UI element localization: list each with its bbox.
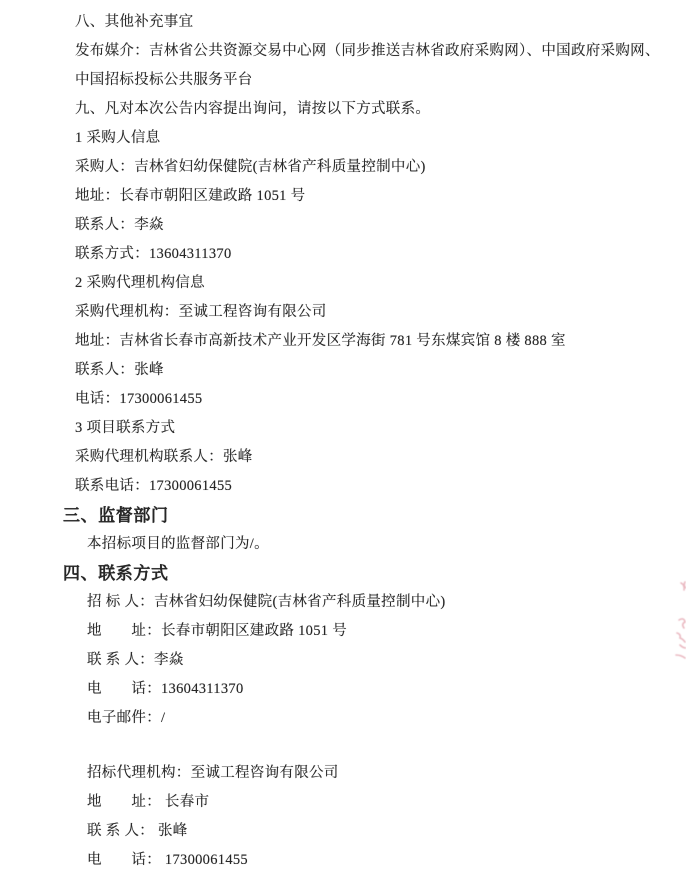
purchaser-info-heading: 1 采购人信息 [0, 124, 686, 153]
agency-phone: 电话：17300061455 [0, 385, 686, 414]
agency-name: 采购代理机构：至诚工程咨询有限公司 [0, 298, 686, 327]
blank-line [0, 733, 686, 759]
purchaser-contact: 联系人：李焱 [0, 211, 686, 240]
tenderer-phone: 电 话：13604311370 [0, 675, 686, 704]
section-9-heading: 九、凡对本次公告内容提出询问，请按以下方式联系。 [0, 95, 686, 124]
purchaser-name: 采购人：吉林省妇幼保健院(吉林省产科质量控制中心) [0, 153, 686, 182]
tenderer-name: 招 标 人：吉林省妇幼保健院(吉林省产科质量控制中心) [0, 588, 686, 617]
agency-contact: 联系人：张峰 [0, 356, 686, 385]
publish-media-line-1: 发布媒介：吉林省公共资源交易中心网（同步推送吉林省政府采购网）、中国政府采购网、 [0, 37, 686, 66]
section-4-heading: 四、联系方式 [0, 559, 686, 588]
section-8-heading: 八、其他补充事宜 [0, 8, 686, 37]
document-page: 八、其他补充事宜发布媒介：吉林省公共资源交易中心网（同步推送吉林省政府采购网）、… [0, 0, 686, 894]
section-3-heading: 三、监督部门 [0, 501, 686, 530]
agency-info-heading: 2 采购代理机构信息 [0, 269, 686, 298]
project-phone: 联系电话：17300061455 [0, 472, 686, 501]
tenderer-email: 电子邮件：/ [0, 704, 686, 733]
tender-agency-phone: 电 话： 17300061455 [0, 846, 686, 875]
tender-agency-name: 招标代理机构：至诚工程咨询有限公司 [0, 759, 686, 788]
publish-media-line-2: 中国招标投标公共服务平台 [0, 66, 686, 95]
tenderer-contact: 联 系 人：李焱 [0, 646, 686, 675]
project-agency-contact: 采购代理机构联系人：张峰 [0, 443, 686, 472]
supervision-dept: 本招标项目的监督部门为/。 [0, 530, 686, 559]
tender-agency-contact: 联 系 人： 张峰 [0, 817, 686, 846]
project-contact-heading: 3 项目联系方式 [0, 414, 686, 443]
document-lines: 八、其他补充事宜发布媒介：吉林省公共资源交易中心网（同步推送吉林省政府采购网）、… [0, 8, 686, 875]
purchaser-phone: 联系方式：13604311370 [0, 240, 686, 269]
tenderer-address: 地 址：长春市朝阳区建政路 1051 号 [0, 617, 686, 646]
tender-agency-address: 地 址： 长春市 [0, 788, 686, 817]
agency-address: 地址：吉林省长春市高新技术产业开发区学海街 781 号东煤宾馆 8 楼 888 … [0, 327, 686, 356]
purchaser-address: 地址：长春市朝阳区建政路 1051 号 [0, 182, 686, 211]
